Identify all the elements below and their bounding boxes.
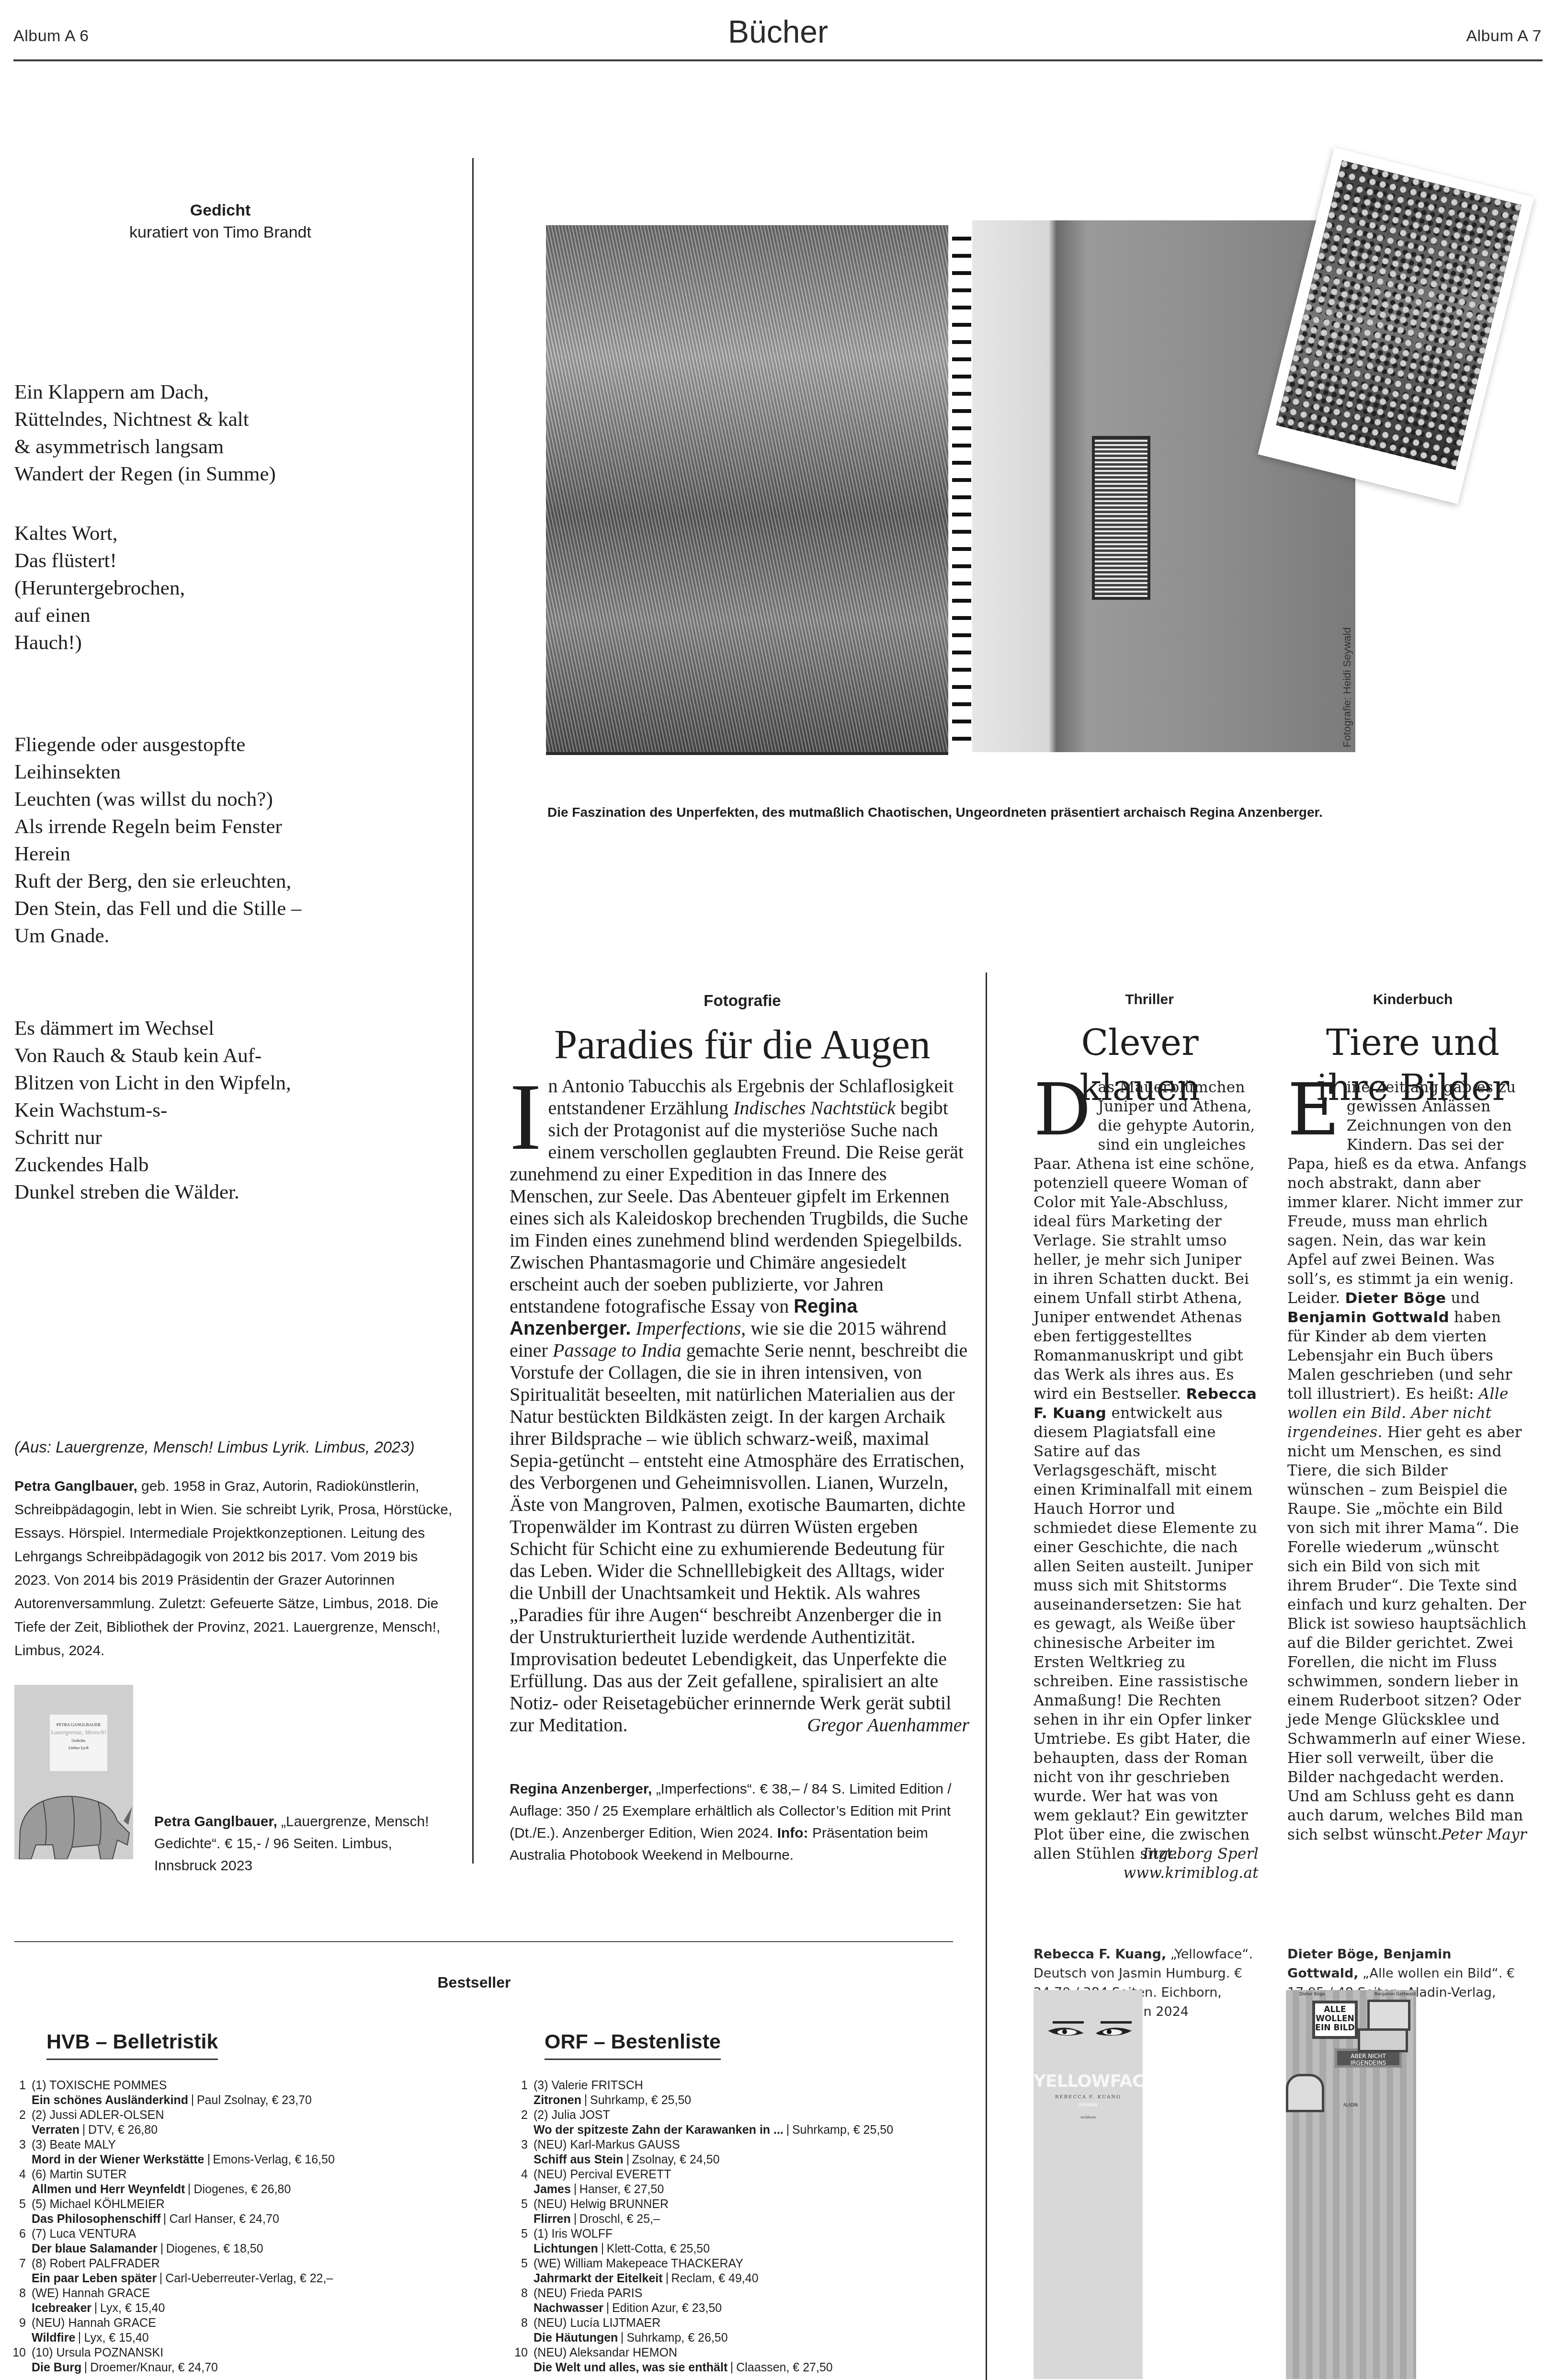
- hvb-title: HVB – Belletristik: [46, 2030, 218, 2060]
- list-item[interactable]: 3(NEU) Karl-Markus GAUSSSchiff aus Stein…: [509, 2138, 978, 2167]
- book-cover-alle-wollen-ein-bild: Dieter Böge Benjamin Gottwald ALLE WOLLE…: [1286, 1990, 1416, 2379]
- photo-credit: Fotografie: Heidi Seywald: [1341, 627, 1353, 747]
- bestseller-rule: [14, 1941, 953, 1942]
- list-item[interactable]: 9(NEU) Hannah GRACEWildfireLyx, € 15,40: [7, 2316, 457, 2346]
- drop-cap: E: [1287, 1081, 1340, 1140]
- list-item[interactable]: 1(1) TOXISCHE POMMESEin schönes Auslände…: [7, 2078, 457, 2108]
- cover-label: PETRA GANGLBAUER Lauergrenze, Mensch! Ge…: [50, 1715, 107, 1771]
- hvb-ranking: 1(1) TOXISCHE POMMESEin schönes Auslände…: [7, 2078, 457, 2375]
- fotografie-book-info: Regina Anzenberger, „Imperfections“. € 3…: [510, 1778, 969, 1866]
- spiral-binding: [952, 230, 971, 747]
- list-item[interactable]: 5(5) Michael KÖHLMEIERDas Philosophensch…: [7, 2197, 457, 2227]
- list-item[interactable]: 5(NEU) Helwig BRUNNERFlirrenDroschl, € 2…: [509, 2197, 978, 2227]
- list-item[interactable]: 4(6) Martin SUTERAllmen und Herr Weynfel…: [7, 2167, 457, 2197]
- thriller-kicker: Thriller: [1034, 992, 1264, 1008]
- cover-title-frame: ALLE WOLLEN EIN BILD: [1312, 2001, 1358, 2039]
- list-item[interactable]: 7(8) Robert PALFRADEREin paar Leben spät…: [7, 2256, 457, 2286]
- thriller-body: Das Mauerblümchen Juniper und Athena, di…: [1034, 1078, 1259, 1883]
- thriller-author-site[interactable]: www.krimiblog.at: [1034, 1864, 1259, 1883]
- poem-stanza-4: Es dämmert im Wechsel Von Rauch & Staub …: [14, 1015, 445, 1206]
- list-item[interactable]: 6(7) Luca VENTURADer blaue SalamanderDio…: [7, 2227, 457, 2256]
- list-item[interactable]: 5(1) Iris WOLFFLichtungenKlett-Cotta, € …: [509, 2227, 978, 2256]
- poem-curator: kuratiert von Timo Brandt: [14, 223, 426, 242]
- hvb-list: HVB – Belletristik: [46, 2030, 218, 2060]
- header-rule: [13, 59, 1543, 61]
- bestseller-kicker: Bestseller: [0, 1974, 948, 1991]
- fotografie-kicker: Fotografie: [508, 992, 977, 1010]
- book-cover-yellowface: YELLOWFACE REBECCA F. KUANG ROMAN eichbo…: [1034, 1990, 1143, 2379]
- kinderbuch-kicker: Kinderbuch: [1288, 992, 1537, 1008]
- list-item[interactable]: 3(3) Beate MALYMord in der Wiener Werkst…: [7, 2138, 457, 2167]
- list-item[interactable]: 1(3) Valerie FRITSCHZitronenSuhrkamp, € …: [509, 2078, 978, 2108]
- list-item[interactable]: 2(2) Jussi ADLER-OLSENVerratenDTV, € 26,…: [7, 2108, 457, 2138]
- orf-list: ORF – Bestenliste: [545, 2030, 721, 2060]
- fotografie-body: In Antonio Tabucchis als Ergebnis der Sc…: [510, 1075, 969, 1736]
- list-item[interactable]: 2(2) Julia JOSTWo der spitzeste Zahn der…: [509, 2108, 978, 2138]
- section-title: Bücher: [0, 13, 1556, 50]
- poem-stanza-1: Ein Klappern am Dach, Rüttelndes, Nichtn…: [14, 378, 445, 488]
- fotografie-headline: Paradies für die Augen: [508, 1020, 977, 1068]
- loose-photo-print: [1258, 148, 1534, 504]
- author-bio-text: geb. 1958 in Graz, Autorin, Radiokünstle…: [14, 1478, 452, 1659]
- poem-kicker: Gedicht: [14, 201, 426, 220]
- book-cover-lauergrenze: PETRA GANGLBAUER Lauergrenze, Mensch! Ge…: [14, 1685, 133, 1859]
- list-item[interactable]: 8(NEU) Frieda PARISNachwasserEdition Azu…: [509, 2286, 978, 2316]
- poem-stanza-2: Kaltes Wort, Das flüstert! (Heruntergebr…: [14, 520, 445, 656]
- kinderbuch-body: Eine Zeitlang gab es zu gewissen Anlässe…: [1287, 1078, 1527, 1844]
- photobook-left-page: [546, 225, 948, 752]
- poem-stanza-3: Fliegende oder ausgestopfte Leihinsekten…: [14, 731, 445, 950]
- author-bio-name: Petra Ganglbauer,: [14, 1478, 137, 1494]
- rhino-illustration-icon: [14, 1787, 133, 1859]
- list-item[interactable]: 4(NEU) Percival EVERETTJamesHanser, € 27…: [509, 2167, 978, 2197]
- orf-ranking: 1(3) Valerie FRITSCHZitronenSuhrkamp, € …: [509, 2078, 978, 2375]
- photo-caption: Die Faszination des Unperfekten, des mut…: [547, 805, 1323, 820]
- author-bio: Petra Ganglbauer, geb. 1958 in Graz, Aut…: [14, 1475, 455, 1662]
- eyes-illustration-icon: [1043, 2016, 1134, 2050]
- list-item[interactable]: 8(NEU) Lucía LIJTMAERDie HäutungenSuhrka…: [509, 2316, 978, 2346]
- column-divider-thriller: [986, 973, 987, 2380]
- list-item[interactable]: 10(10) Ursula POZNANSKIDie BurgDroemer/K…: [7, 2346, 457, 2375]
- column-divider-poem: [472, 158, 474, 1864]
- photobook-photo: [546, 158, 1470, 767]
- poem-source: (Aus: Lauergrenze, Mensch! Limbus Lyrik.…: [14, 1435, 445, 1459]
- list-item[interactable]: 10(NEU) Aleksandar HEMONDie Welt und all…: [509, 2346, 978, 2375]
- photobook-wire-box: [1092, 436, 1150, 600]
- list-item[interactable]: 5(WE) William Makepeace THACKERAYJahrmar…: [509, 2256, 978, 2286]
- orf-title: ORF – Bestenliste: [545, 2030, 721, 2060]
- drop-cap: I: [510, 1078, 542, 1156]
- page-number-right: Album A 7: [1466, 27, 1542, 46]
- book-info-lauergrenze: Petra Ganglbauer, „Lauergrenze, Mensch! …: [154, 1811, 442, 1877]
- drop-cap: D: [1034, 1081, 1091, 1140]
- list-item[interactable]: 8(WE) Hannah GRACEIcebreakerLyx, € 15,40: [7, 2286, 457, 2316]
